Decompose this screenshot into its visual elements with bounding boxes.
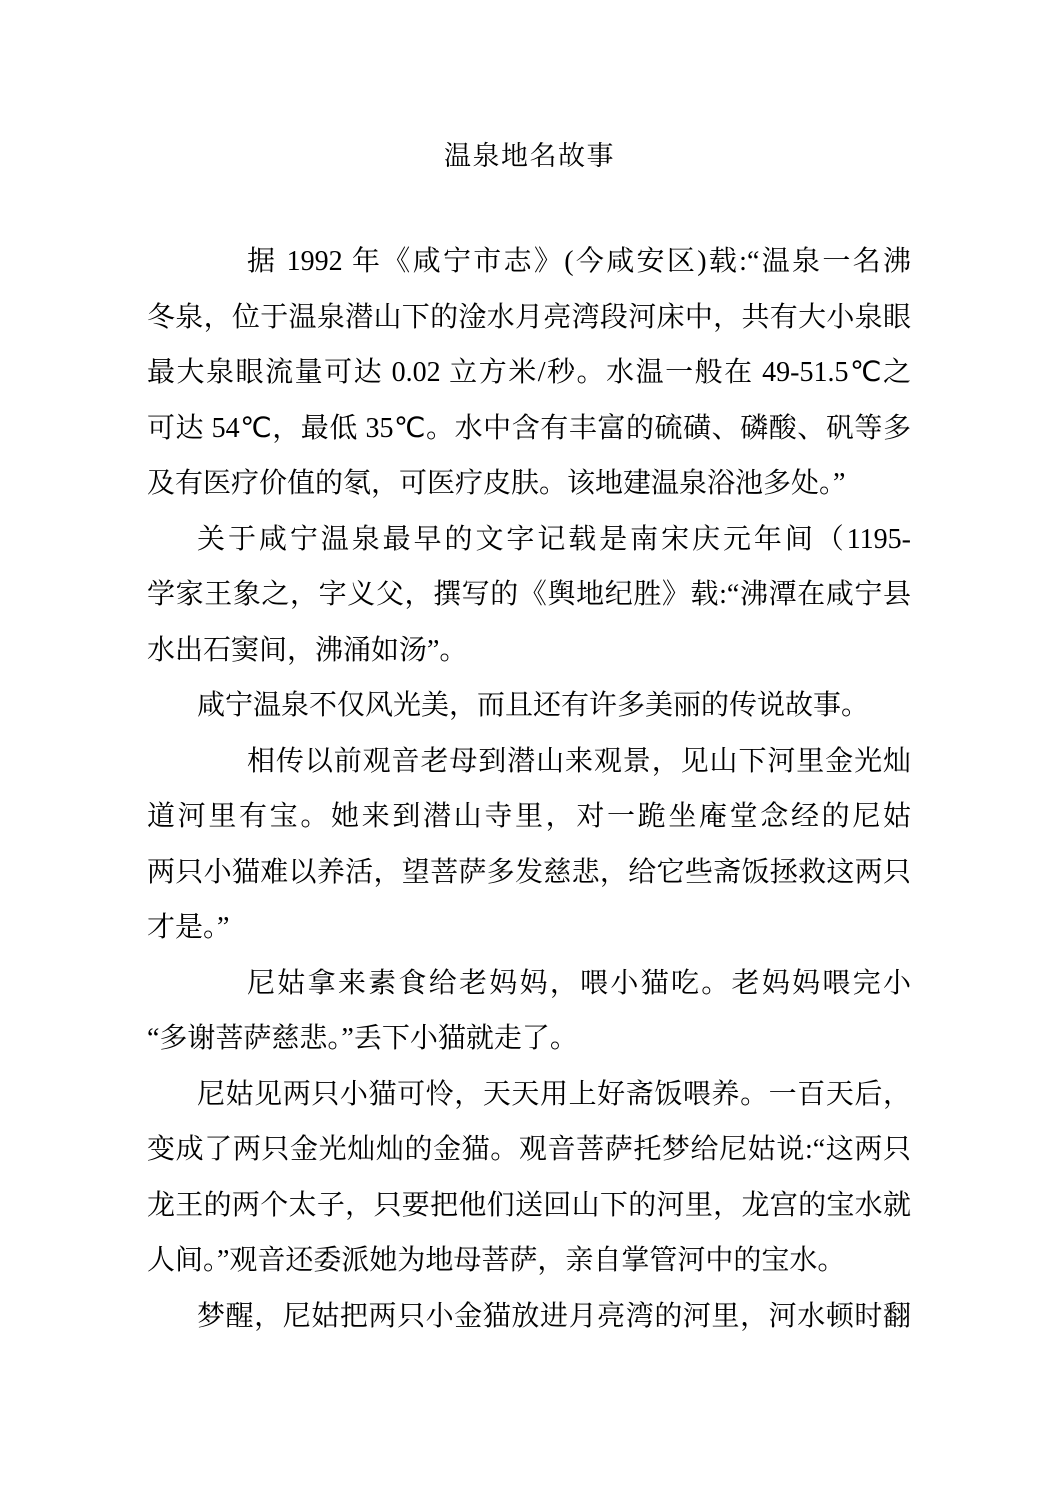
text-line: 关于咸宁温泉最早的文字记载是南宋庆元年间（1195-1200）地理 [147,512,911,568]
text-line: 最大泉眼流量可达 0.02 立方米/秒。水温一般在 49-51.5℃之间，最高 [147,345,911,401]
text-line: 及有医疗价值的氡，可医疗皮肤。该地建温泉浴池多处。” [147,456,911,512]
page-title: 温泉地名故事 [0,134,1059,173]
document-body: 据 1992 年《咸宁市志》(今咸安区)载:“温泉一名沸潭，一名盥 冬泉，位于温… [147,234,911,1344]
text-line: 冬泉，位于温泉潜山下的淦水月亮湾段河床中，共有大小泉眼 12 处。 [147,290,911,346]
text-line: 可达 54℃，最低 35℃。水中含有丰富的硫磺、磷酸、矾等多种矿化物 [147,401,911,457]
document-page: 温泉地名故事 据 1992 年《咸宁市志》(今咸安区)载:“温泉一名沸潭，一名盥… [0,0,1059,1497]
text-line: 咸宁温泉不仅风光美，而且还有许多美丽的传说故事。 [147,678,911,734]
text-line: “多谢菩萨慈悲。”丢下小猫就走了。 [147,1011,911,1067]
text-line: 水出石窦间，沸涌如汤”。 [147,623,911,679]
paragraph-3: 咸宁温泉不仅风光美，而且还有许多美丽的传说故事。 [147,678,911,734]
text-line: 人间。”观音还委派她为地母菩萨，亲自掌管河中的宝水。 [147,1233,911,1289]
text-line: 尼姑见两只小猫可怜，天天用上好斋饭喂养。一百天后，两只小猫 [147,1067,911,1123]
paragraph-5: 尼姑拿来素食给老妈妈，喂小猫吃。老妈妈喂完小猫，说声: “多谢菩萨慈悲。”丢下小… [147,956,911,1067]
text-line: 学家王象之，字义父，撰写的《舆地纪胜》载:“沸潭在咸宁县潜山侧， [147,567,911,623]
paragraph-6: 尼姑见两只小猫可怜，天天用上好斋饭喂养。一百天后，两只小猫 变成了两只金光灿灿的… [147,1067,911,1289]
paragraph-7: 梦醒，尼姑把两只小金猫放进月亮湾的河里，河水顿时翻花，冒出 [147,1289,911,1345]
text-line: 梦醒，尼姑把两只小金猫放进月亮湾的河里，河水顿时翻花，冒出 [147,1289,911,1345]
text-line: 才是。” [147,900,911,956]
paragraph-4: 相传以前观音老母到潜山来观景，见山下河里金光灿灿，知 道河里有宝。她来到潜山寺里… [147,734,911,956]
text-line: 道河里有宝。她来到潜山寺里，对一跪坐庵堂念经的尼姑说:“老妇有 [147,789,911,845]
text-line: 尼姑拿来素食给老妈妈，喂小猫吃。老妈妈喂完小猫，说声: [147,956,911,1012]
text-line: 相传以前观音老母到潜山来观景，见山下河里金光灿灿，知 [147,734,911,790]
paragraph-1: 据 1992 年《咸宁市志》(今咸安区)载:“温泉一名沸潭，一名盥 冬泉，位于温… [147,234,911,512]
text-line: 据 1992 年《咸宁市志》(今咸安区)载:“温泉一名沸潭，一名盥 [147,234,911,290]
text-line: 两只小猫难以养活，望菩萨多发慈悲，给它些斋饭拯救这两只小生灵 [147,845,911,901]
paragraph-2: 关于咸宁温泉最早的文字记载是南宋庆元年间（1195-1200）地理 学家王象之，… [147,512,911,679]
text-line: 变成了两只金光灿灿的金猫。观音菩萨托梦给尼姑说:“这两只小猫是 [147,1122,911,1178]
text-line: 龙王的两个太子，只要把他们送回山下的河里，龙宫的宝水就可流到 [147,1178,911,1234]
